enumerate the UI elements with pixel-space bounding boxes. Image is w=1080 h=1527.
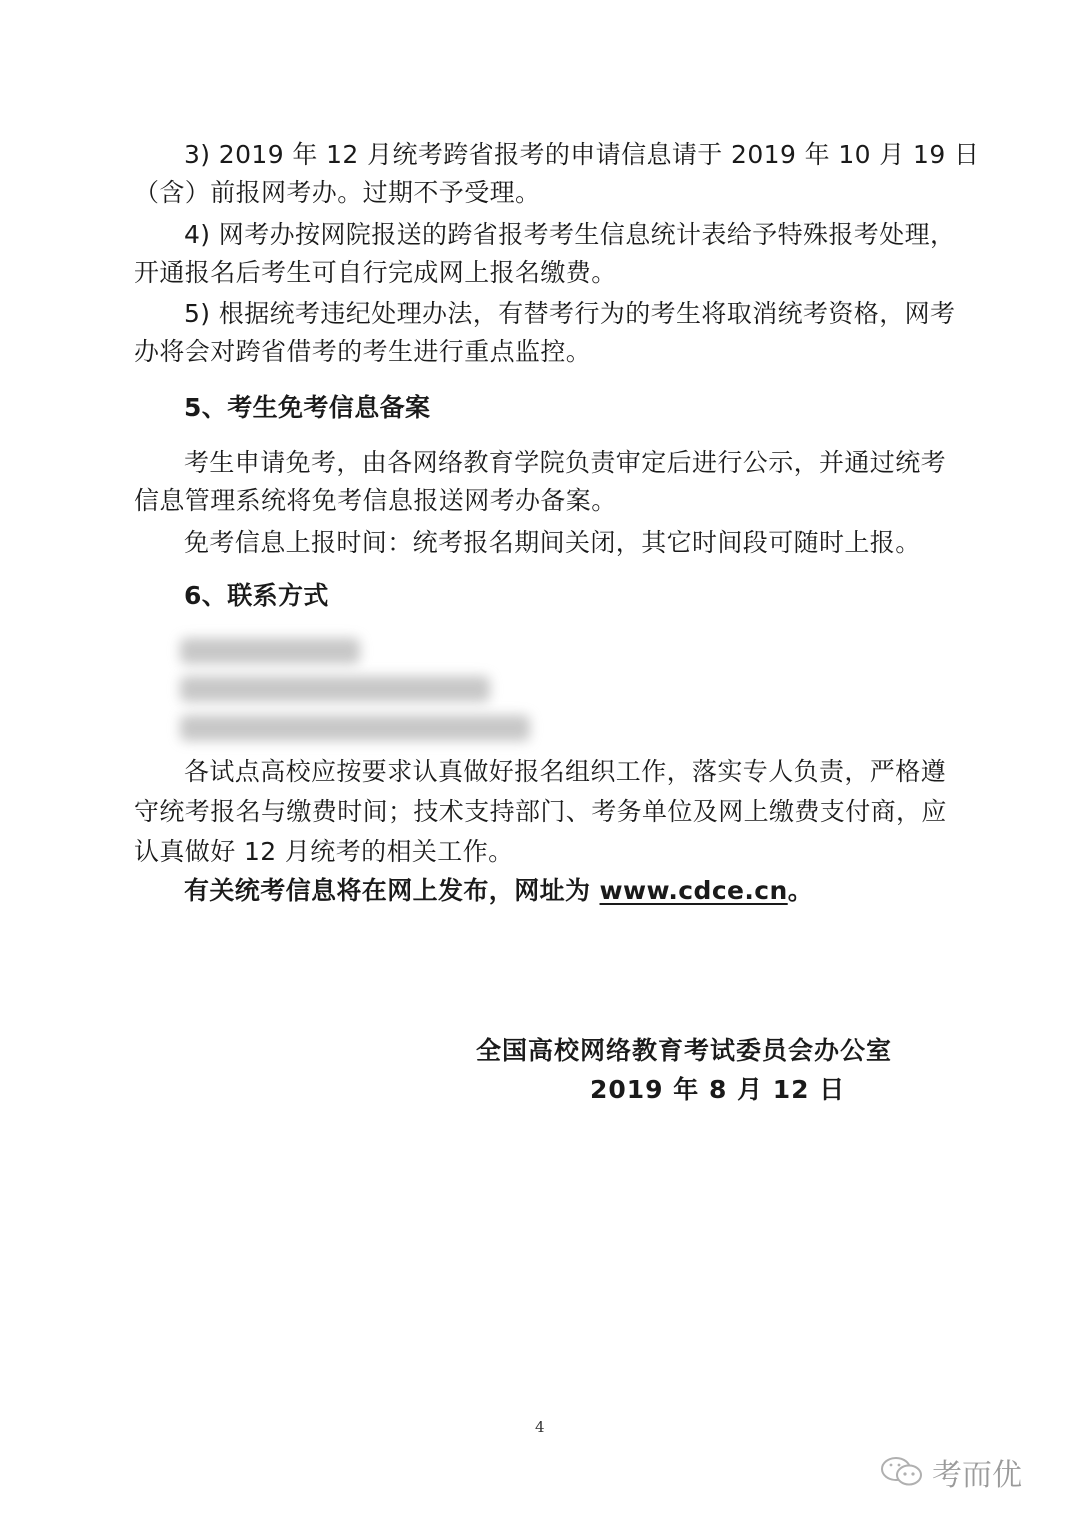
signature-organization: 全国高校网络教育考试委员会办公室 — [476, 1034, 892, 1068]
closing-line-3: 认真做好 12 月统考的相关工作。 — [134, 835, 514, 869]
website-notice: 有关统考信息将在网上发布，网址为 www.cdce.cn。 — [184, 874, 813, 908]
closing-line-1: 各试点高校应按要求认真做好报名组织工作，落实专人负责，严格遵 — [184, 755, 946, 789]
section-5-body-line-3: 免考信息上报时间：统考报名期间关闭，其它时间段可随时上报。 — [184, 526, 921, 560]
website-notice-suffix: 。 — [788, 876, 813, 905]
section-5-body-line-1: 考生申请免考，由各网络教育学院负责审定后进行公示，并通过统考 — [184, 446, 946, 480]
paragraph-5-line-1: 5) 根据统考违纪处理办法，有替考行为的考生将取消统考资格，网考 — [184, 297, 955, 331]
paragraph-5-line-2: 办将会对跨省借考的考生进行重点监控。 — [134, 335, 591, 369]
watermark: 考而优 — [880, 1450, 1022, 1494]
paragraph-3-line-1: 3) 2019 年 12 月统考跨省报考的申请信息请于 2019 年 10 月 … — [184, 138, 979, 172]
paragraph-3-line-2: （含）前报网考办。过期不予受理。 — [134, 176, 540, 210]
section-6-heading: 6、联系方式 — [184, 579, 329, 613]
section-5-body-line-2: 信息管理系统将免考信息报送网考办备案。 — [134, 484, 617, 518]
paragraph-4-line-1: 4) 网考办按网院报送的跨省报考考生信息统计表给予特殊报考处理， — [184, 218, 955, 252]
closing-line-2: 守统考报名与缴费时间；技术支持部门、考务单位及网上缴费支付商，应 — [134, 795, 947, 829]
page-number: 4 — [535, 1418, 545, 1436]
website-link[interactable]: www.cdce.cn — [600, 876, 788, 905]
section-5-heading: 5、考生免考信息备案 — [184, 391, 430, 425]
signature-date: 2019 年 8 月 12 日 — [590, 1073, 845, 1107]
wechat-icon — [880, 1455, 926, 1489]
paragraph-4-line-2: 开通报名后考生可自行完成网上报名缴费。 — [134, 256, 617, 290]
website-notice-prefix: 有关统考信息将在网上发布，网址为 — [184, 876, 600, 905]
document-page: 3) 2019 年 12 月统考跨省报考的申请信息请于 2019 年 10 月 … — [0, 0, 1080, 1527]
watermark-text: 考而优 — [932, 1450, 1022, 1494]
